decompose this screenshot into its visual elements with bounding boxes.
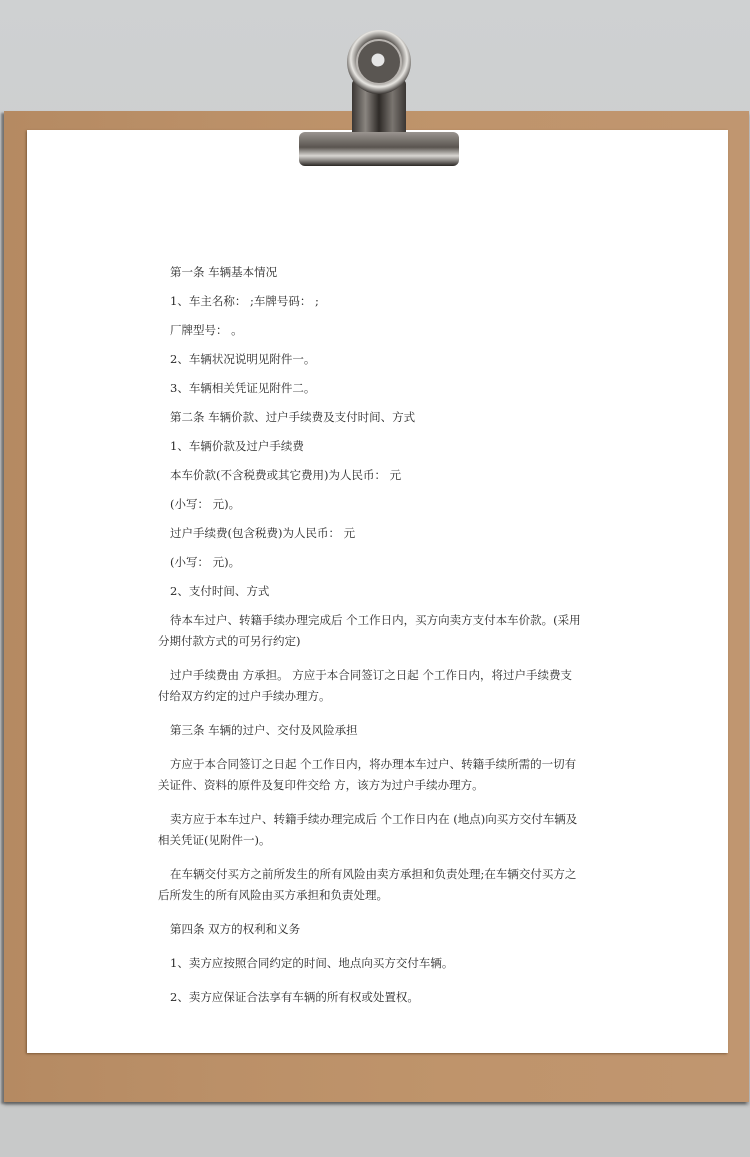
doc-paragraph: 1、卖方应按照合同约定的时间、地点向买方交付车辆。 (158, 953, 582, 974)
doc-paragraph: 方应于本合同签订之日起 个工作日内，将办理本车过户、转籍手续所需的一切有关证件、… (158, 754, 582, 796)
doc-line: 1、车辆价款及过户手续费 (170, 436, 582, 457)
doc-line: 2、支付时间、方式 (170, 581, 582, 602)
doc-line: 1、车主名称： ;车牌号码： ; (170, 291, 582, 312)
doc-paragraph: 2、卖方应保证合法享有车辆的所有权或处置权。 (158, 987, 582, 1008)
doc-line: (小写： 元)。 (170, 494, 582, 515)
section-heading: 第三条 车辆的过户、交付及风险承担 (158, 720, 582, 741)
doc-line: 本车价款(不含税费或其它费用)为人民币： 元 (170, 465, 582, 486)
section-heading: 第四条 双方的权利和义务 (158, 919, 582, 940)
doc-paragraph: 过户手续费由 方承担。 方应于本合同签订之日起 个工作日内，将过户手续费支付给双… (158, 665, 582, 707)
doc-paragraph: 在车辆交付买方之前所发生的所有风险由卖方承担和负责处理;在车辆交付买方之后所发生… (158, 864, 582, 906)
doc-paragraph: 待本车过户、转籍手续办理完成后 个工作日内，买方向卖方支付本车价款。(采用分期付… (158, 610, 582, 652)
doc-paragraph: 卖方应于本车过户、转籍手续办理完成后 个工作日内在 (地点)向买方交付车辆及相关… (158, 809, 582, 851)
doc-line: 3、车辆相关凭证见附件二。 (170, 378, 582, 399)
binder-clip-icon (294, 22, 464, 172)
doc-line: 第二条 车辆价款、过户手续费及支付时间、方式 (170, 407, 582, 428)
doc-line: 厂牌型号： 。 (170, 320, 582, 341)
doc-line: 第一条 车辆基本情况 (170, 262, 582, 283)
doc-line: 2、车辆状况说明见附件一。 (170, 349, 582, 370)
doc-line: (小写： 元)。 (170, 552, 582, 573)
contract-text: 第一条 车辆基本情况 1、车主名称： ;车牌号码： ; 厂牌型号： 。 2、车辆… (170, 262, 582, 1021)
doc-line: 过户手续费(包含税费)为人民币： 元 (170, 523, 582, 544)
